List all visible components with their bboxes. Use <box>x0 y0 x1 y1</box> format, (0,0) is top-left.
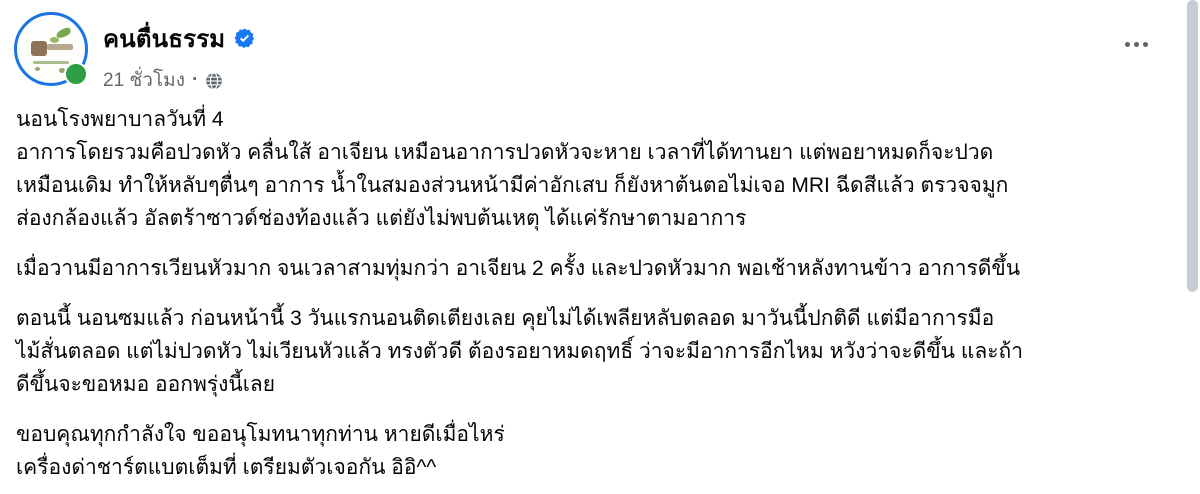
post-text-line: เหมือนเดิม ทำให้หลับๆตื่นๆ อาการ น้ำในสม… <box>16 169 1166 202</box>
post-text-line: ขอบคุณทุกกำลังใจ ขออนุโมทนาทุกท่าน หายดี… <box>16 418 1166 451</box>
post-header: คนตื่นธรรม 21 ชั่วโมง · <box>0 0 1200 97</box>
facebook-post: คนตื่นธรรม 21 ชั่วโมง · <box>0 0 1200 484</box>
post-text-line: ดีขึ้นจะขอหมอ ออกพรุ่งนี้เลย <box>16 368 1166 401</box>
page-avatar[interactable] <box>14 12 88 86</box>
ellipsis-horizontal-icon <box>1125 42 1130 47</box>
post-meta: 21 ชั่วโมง · <box>103 65 255 95</box>
post-text-line: อาการโดยรวมคือปวดหัว คลื่นใส้ อาเจียน เห… <box>16 136 1166 169</box>
post-text: นอนโรงพยาบาลวันที่ 4 อาการโดยรวมคือปวดหั… <box>0 97 1200 484</box>
post-text-line: เมื่อวานมีอาการเวียนหัวมาก จนเวลาสามทุ่ม… <box>16 252 1166 285</box>
post-text-line: ตอนนี้ นอนซมแล้ว ก่อนหน้านี้ 3 วันแรกนอน… <box>16 302 1166 335</box>
post-paragraph: ตอนนี้ นอนซมแล้ว ก่อนหน้านี้ 3 วันแรกนอน… <box>16 302 1166 401</box>
post-text-line: ไม้สั่นตลอด แต่ไม่ปวดหัว ไม่เวียนหัวแล้ว… <box>16 335 1166 368</box>
meta-separator: · <box>192 69 198 91</box>
verified-badge-icon <box>234 28 255 49</box>
globe-privacy-icon <box>205 70 223 90</box>
post-paragraph: ขอบคุณทุกกำลังใจ ขออนุโมทนาทุกท่าน หายดี… <box>16 418 1166 484</box>
header-text: คนตื่นธรรม 21 ชั่วโมง · <box>103 12 255 95</box>
post-text-line: นอนโรงพยาบาลวันที่ 4 <box>16 103 1166 136</box>
post-paragraph: นอนโรงพยาบาลวันที่ 4 อาการโดยรวมคือปวดหั… <box>16 103 1166 235</box>
post-text-line: เครื่องด่าชาร์ตแบตเต็มที่ เตรียมตัวเจอกั… <box>16 451 1166 484</box>
post-paragraph: เมื่อวานมีอาการเวียนหัวมาก จนเวลาสามทุ่ม… <box>16 252 1166 285</box>
post-text-line: ส่องกล้องแล้ว อัลตร้าซาวด์ช่องท้องแล้ว แ… <box>16 202 1166 235</box>
page-name[interactable]: คนตื่นธรรม <box>103 19 225 58</box>
timestamp[interactable]: 21 ชั่วโมง <box>103 65 185 95</box>
scrollbar[interactable] <box>1185 0 1200 494</box>
active-status-dot <box>64 62 88 86</box>
scrollbar-thumb[interactable] <box>1187 0 1198 292</box>
more-options-button[interactable] <box>1119 32 1154 57</box>
